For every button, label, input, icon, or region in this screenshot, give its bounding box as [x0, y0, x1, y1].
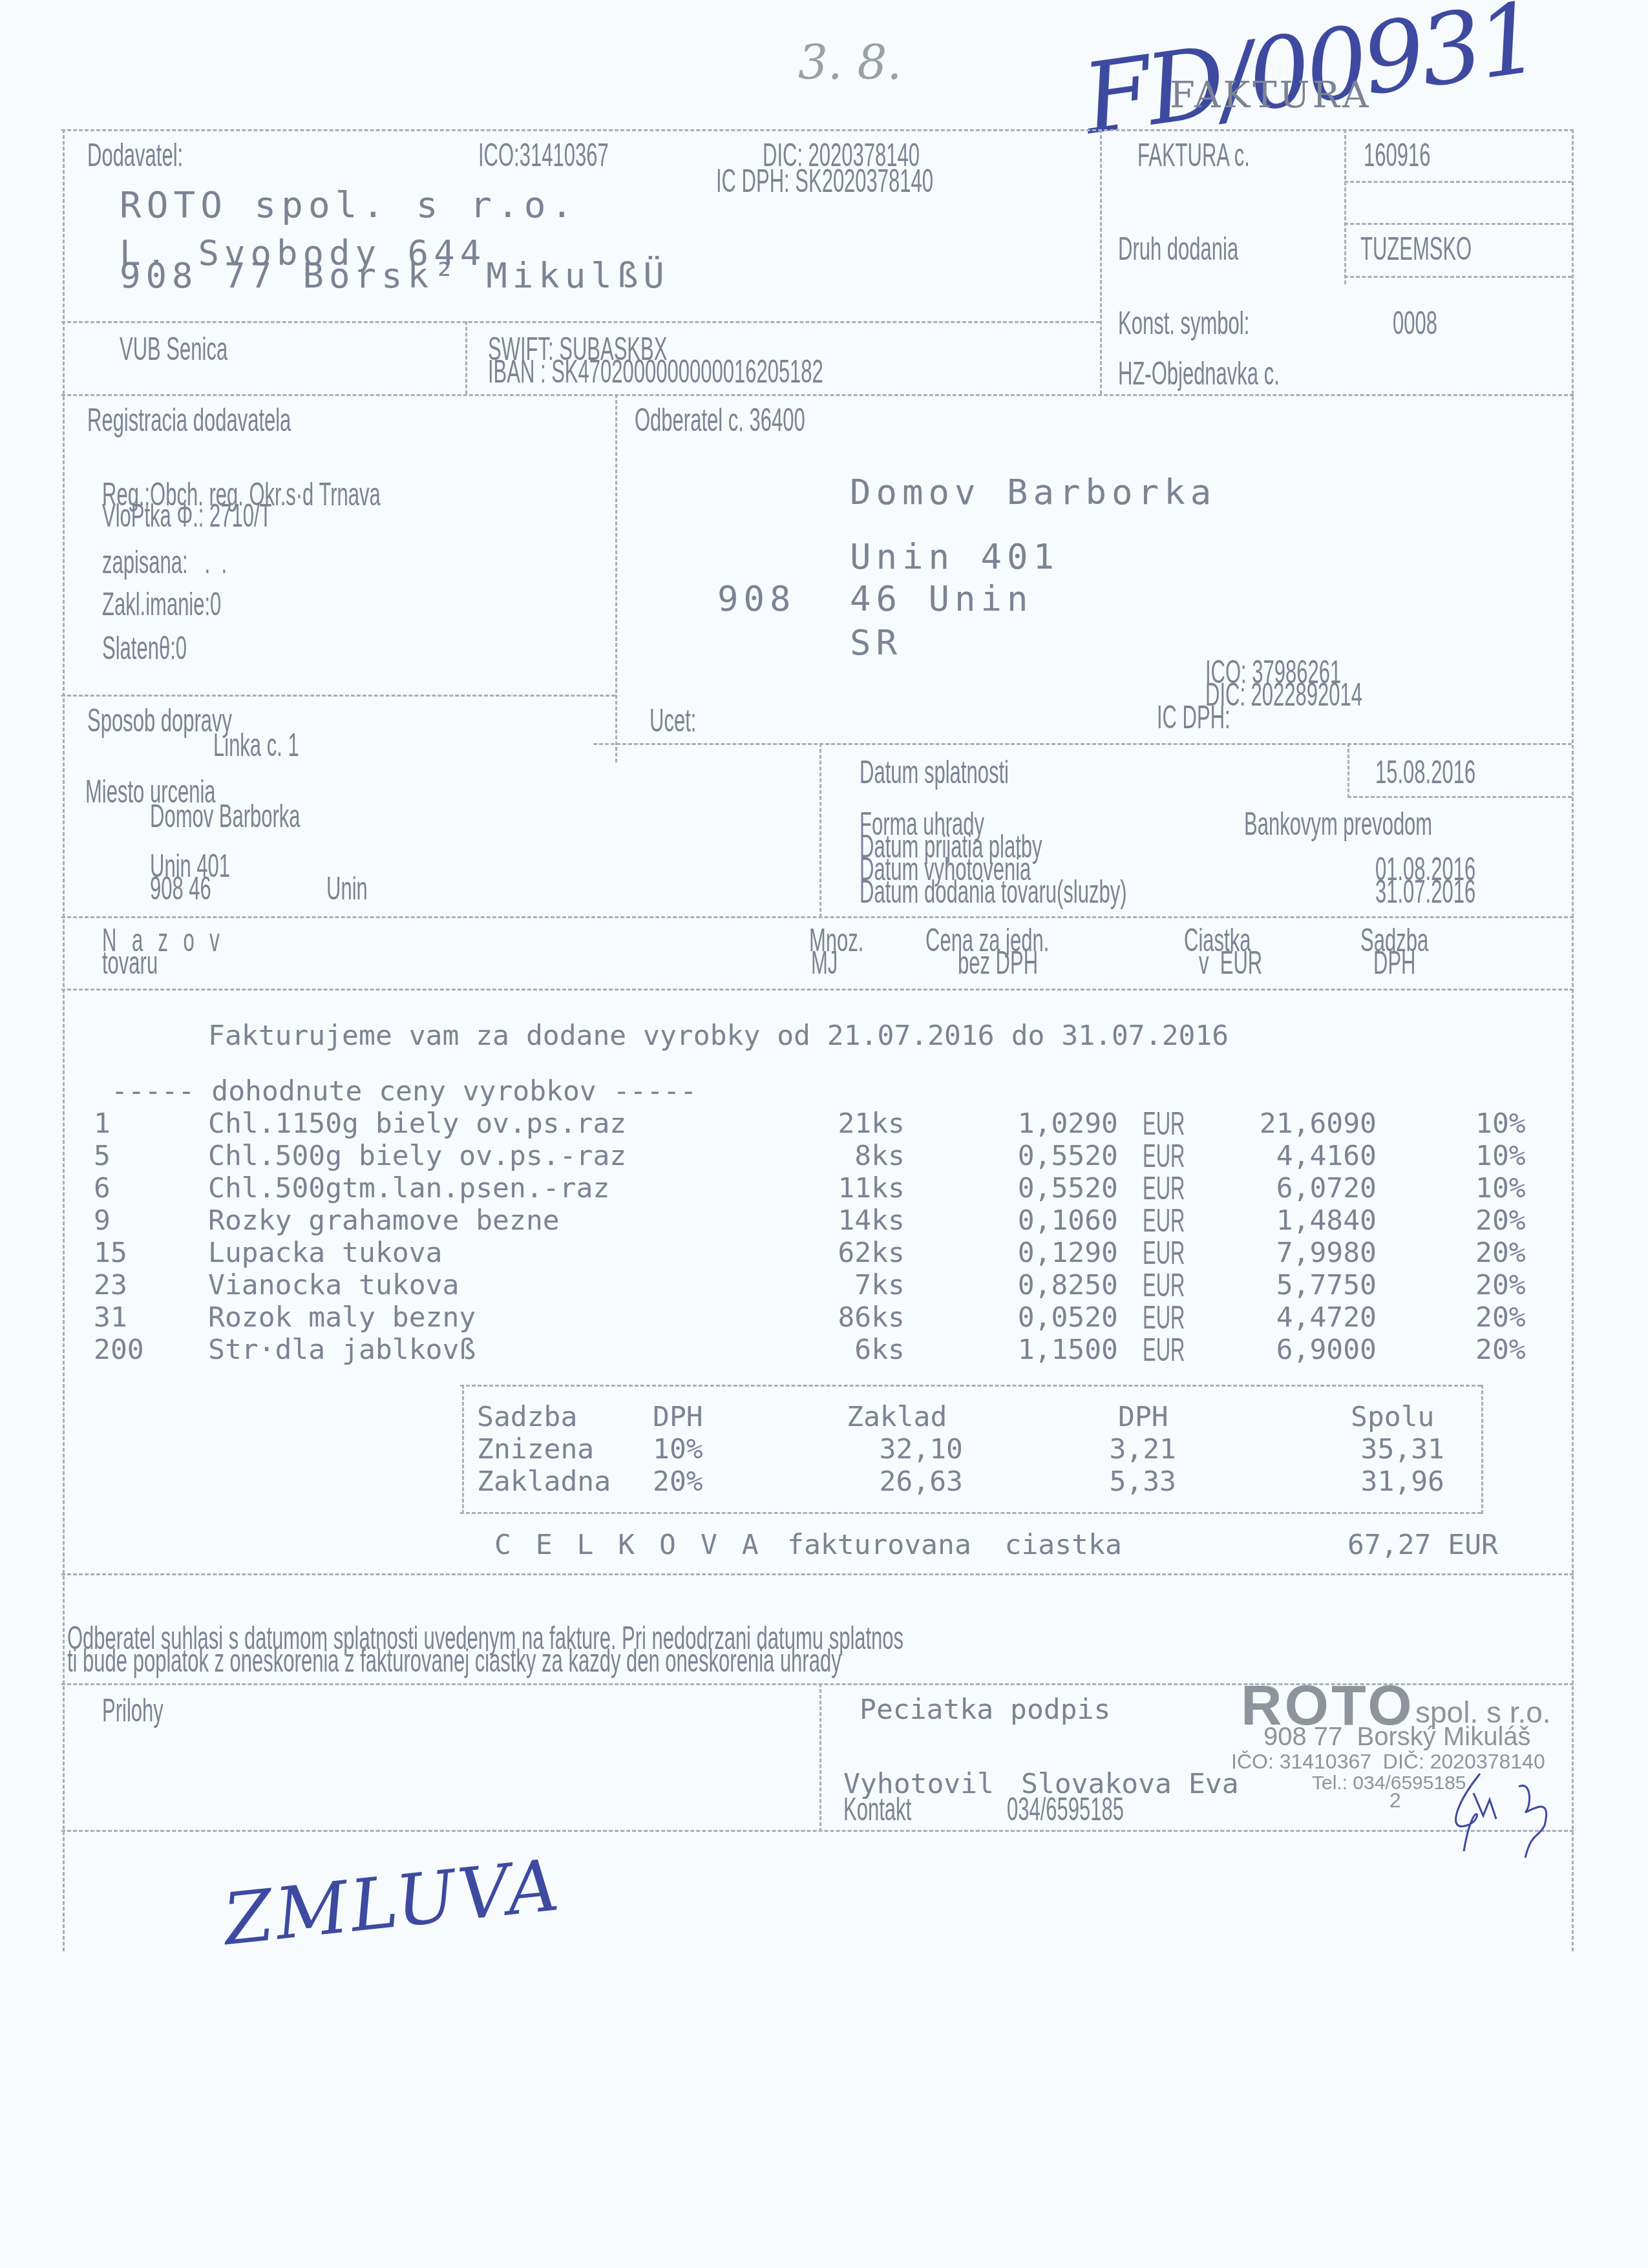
- item-code: 31: [94, 1304, 127, 1332]
- divider: [1347, 743, 1349, 798]
- item-code: 5: [94, 1142, 111, 1170]
- item-name: Lupacka tukova: [208, 1239, 442, 1267]
- invoice-number: 160916: [1364, 139, 1430, 171]
- contact-label: Kontakt: [843, 1793, 911, 1825]
- divider: [61, 989, 1574, 991]
- item-name: Vianocka tukova: [208, 1272, 459, 1299]
- item-quantity: 21ks: [756, 1110, 905, 1138]
- divider: [63, 129, 65, 1951]
- supplier-name: ROTO spol. s r.o.: [120, 187, 578, 224]
- item-currency: EUR: [1143, 1140, 1185, 1172]
- vat-row-reduced-total: 35,31: [1293, 1436, 1444, 1464]
- item-code: 1: [94, 1110, 111, 1138]
- order-number-label: HZ-Objednavka c.: [1118, 357, 1280, 390]
- item-vat-rate: 20%: [1475, 1239, 1526, 1267]
- vat-row-standard-total: 31,96: [1293, 1468, 1444, 1496]
- divider: [61, 916, 1574, 918]
- item-unit-price: 1,0290: [956, 1110, 1118, 1138]
- registration-capital: Zakl.imanie:0: [102, 588, 221, 620]
- customer-ic-dph: IC DPH:: [1157, 701, 1231, 733]
- item-code: 9: [94, 1207, 111, 1235]
- signature-icon: [1435, 1767, 1564, 1864]
- delivery-type-label: Druh dodania: [1118, 233, 1238, 265]
- const-symbol: 0008: [1393, 307, 1437, 339]
- col-header-vat-2: DPH: [1373, 947, 1415, 979]
- item-amount: 6,0720: [1215, 1175, 1377, 1202]
- item-quantity: 6ks: [756, 1336, 905, 1364]
- item-amount: 4,4160: [1215, 1142, 1377, 1170]
- item-unit-price: 0,5520: [956, 1142, 1118, 1170]
- registration-zapisana: zapisana: . .: [102, 546, 227, 578]
- customer-country: SR: [850, 625, 902, 660]
- item-unit-price: 0,1060: [956, 1207, 1118, 1235]
- supplier-ico: ICO:31410367: [478, 139, 609, 171]
- customer-number: Odberatel c. 36400: [635, 404, 805, 436]
- vat-header-total: Spolu: [1351, 1403, 1434, 1431]
- divider: [61, 394, 1574, 396]
- item-amount: 1,4840: [1215, 1207, 1377, 1235]
- divider: [462, 1385, 464, 1514]
- item-name: Rozky grahamove bezne: [208, 1207, 560, 1235]
- divider: [61, 1830, 1574, 1832]
- item-name: Str·dla jablkovß: [208, 1336, 476, 1364]
- stamp-signature-label: Peciatka podpis: [860, 1696, 1110, 1724]
- destination-name: Domov Barborka: [150, 800, 301, 832]
- delivery-type: TUZEMSKO: [1360, 233, 1472, 265]
- divider: [819, 1683, 821, 1832]
- divider: [1344, 181, 1572, 183]
- item-amount: 5,7750: [1215, 1272, 1377, 1299]
- vat-header-base: Zaklad: [847, 1403, 947, 1431]
- divider: [615, 394, 617, 762]
- customer-account-label: Ucet:: [650, 704, 696, 737]
- divider: [460, 1385, 1481, 1387]
- divider: [1344, 129, 1346, 284]
- item-name: Chl.500g biely ov.ps.-raz: [208, 1142, 626, 1170]
- item-name: Chl.1150g biely ov.ps.raz: [208, 1110, 626, 1138]
- delivery-date: 31.07.2016: [1375, 876, 1475, 908]
- item-unit-price: 0,0520: [956, 1304, 1118, 1332]
- item-vat-rate: 20%: [1475, 1207, 1526, 1235]
- divider: [61, 321, 1100, 323]
- item-unit-price: 0,8250: [956, 1272, 1118, 1299]
- company-stamp: ROTO spol. s r.o.: [1221, 1677, 1227, 1708]
- vat-row-standard-vat: 5,33: [1034, 1468, 1176, 1496]
- divider: [61, 695, 615, 697]
- handwritten-date: 3. 8.: [798, 36, 902, 90]
- vat-header-vat: DPH: [1118, 1403, 1168, 1431]
- item-vat-rate: 10%: [1475, 1142, 1526, 1170]
- item-currency: EUR: [1143, 1204, 1185, 1237]
- bank-iban: IBAN : SK4702000000000016205182: [488, 355, 823, 388]
- vat-row-standard-name: Zakladna: [477, 1468, 611, 1496]
- bank-name: VUB Senica: [120, 333, 227, 365]
- item-amount: 7,9980: [1215, 1239, 1377, 1267]
- customer-street: Unin 401: [850, 540, 1059, 574]
- customer-city: 46 Unin: [850, 582, 1033, 616]
- item-code: 6: [94, 1175, 111, 1202]
- transport-value: Linka c. 1: [213, 729, 299, 761]
- item-currency: EUR: [1143, 1172, 1185, 1204]
- contact-phone: 034/6595185: [1007, 1793, 1124, 1825]
- item-code: 200: [94, 1336, 144, 1364]
- item-unit-price: 0,5520: [956, 1175, 1118, 1202]
- vat-header-dph: DPH: [653, 1403, 703, 1431]
- item-quantity: 62ks: [756, 1239, 905, 1267]
- document-title: FAKTURA: [1170, 78, 1371, 114]
- item-vat-rate: 10%: [1475, 1175, 1526, 1202]
- total-label-spaced: C E L K O V A: [494, 1531, 763, 1559]
- divider: [1347, 796, 1572, 798]
- payment-method: Bankovym prevodom: [1244, 808, 1432, 840]
- item-unit-price: 0,1290: [956, 1239, 1118, 1267]
- vat-row-reduced-base: 32,10: [827, 1436, 963, 1464]
- item-quantity: 14ks: [756, 1207, 905, 1235]
- destination-zip: 908 46: [150, 872, 211, 905]
- item-vat-rate: 20%: [1475, 1272, 1526, 1299]
- item-vat-rate: 20%: [1475, 1336, 1526, 1364]
- due-date-label: Datum splatnosti: [860, 756, 1009, 788]
- divider: [1344, 223, 1572, 225]
- divider: [819, 743, 821, 918]
- item-amount: 6,9000: [1215, 1336, 1377, 1364]
- divider: [460, 1512, 1481, 1514]
- attachments-label: Prilohy: [102, 1694, 164, 1727]
- supplier-city: 908 77 Borsk² MikulßÜ: [120, 258, 670, 293]
- divider: [61, 129, 1574, 131]
- vat-header-rate: Sadzba: [477, 1403, 577, 1431]
- registration-paid: Slatenθ:0: [102, 632, 187, 664]
- col-header-amount-2: v EUR: [1199, 947, 1262, 979]
- const-symbol-label: Konst. symbol:: [1118, 307, 1249, 339]
- item-currency: EUR: [1143, 1269, 1185, 1301]
- stamp-address: 908 77 Borský Mikuláš: [1263, 1724, 1531, 1750]
- col-header-qty-2: MJ: [811, 947, 838, 979]
- items-intro: Fakturujeme vam za dodane vyrobky od 21.…: [208, 1022, 1229, 1050]
- divider: [1344, 276, 1572, 278]
- divider: [1100, 129, 1102, 394]
- item-quantity: 86ks: [756, 1304, 905, 1332]
- divider: [593, 743, 1572, 745]
- item-currency: EUR: [1143, 1108, 1185, 1140]
- stamp-number: 2: [1389, 1790, 1401, 1811]
- item-name: Chl.500gtm.lan.psen.-raz: [208, 1175, 609, 1202]
- divider: [61, 1573, 1574, 1575]
- due-date: 15.08.2016: [1375, 756, 1475, 788]
- item-amount: 4,4720: [1215, 1304, 1377, 1332]
- terms-line-2: ti bude poplatok z oneskorenia z fakturo…: [67, 1644, 841, 1677]
- vat-row-standard-rate: 20%: [653, 1468, 703, 1496]
- divider: [1572, 129, 1574, 1951]
- item-currency: EUR: [1143, 1301, 1185, 1334]
- items-section-title: ----- dohodnute ceny vyrobkov -----: [111, 1078, 697, 1106]
- vat-row-standard-base: 26,63: [827, 1468, 963, 1496]
- item-name: Rozok maly bezny: [208, 1304, 476, 1332]
- registration-line-2: VloPtka Φ.: 2710/T: [102, 499, 272, 532]
- vat-row-reduced-vat: 3,21: [1034, 1436, 1176, 1464]
- col-header-price-2: bez DPH: [958, 947, 1038, 979]
- col-header-name-2: tovaru: [102, 947, 158, 979]
- supplier-ic-dph: IC DPH: SK2020378140: [716, 165, 933, 197]
- transport-label: Sposob dopravy: [87, 704, 232, 737]
- item-code: 15: [94, 1239, 127, 1267]
- customer-zip: 908: [717, 582, 796, 616]
- vat-row-reduced-rate: 10%: [653, 1436, 703, 1464]
- delivery-date-label: Datum dodania tovaru(sluzby): [860, 876, 1127, 908]
- registration-title: Registracia dodavatela: [87, 404, 291, 436]
- item-currency: EUR: [1143, 1237, 1185, 1269]
- divider: [465, 321, 467, 394]
- item-vat-rate: 10%: [1475, 1110, 1526, 1138]
- item-unit-price: 1,1500: [956, 1336, 1118, 1364]
- destination-city: Unin: [326, 872, 368, 905]
- total-label: fakturovana ciastka: [787, 1531, 1122, 1559]
- item-quantity: 7ks: [756, 1272, 905, 1299]
- item-currency: EUR: [1143, 1334, 1185, 1366]
- item-amount: 21,6090: [1215, 1110, 1377, 1138]
- vat-row-reduced-name: Znizena: [477, 1436, 594, 1464]
- handwritten-note: ZMLUVA: [220, 1843, 565, 1961]
- supplier-label: Dodavatel:: [87, 139, 183, 171]
- item-code: 23: [94, 1272, 127, 1299]
- customer-name: Domov Barborka: [850, 475, 1216, 510]
- total-amount: 67,27 EUR: [1347, 1531, 1498, 1559]
- item-quantity: 11ks: [756, 1175, 905, 1202]
- divider: [1481, 1385, 1483, 1514]
- item-vat-rate: 20%: [1475, 1304, 1526, 1332]
- item-quantity: 8ks: [756, 1142, 905, 1170]
- invoice-number-label: FAKTURA c.: [1137, 139, 1250, 171]
